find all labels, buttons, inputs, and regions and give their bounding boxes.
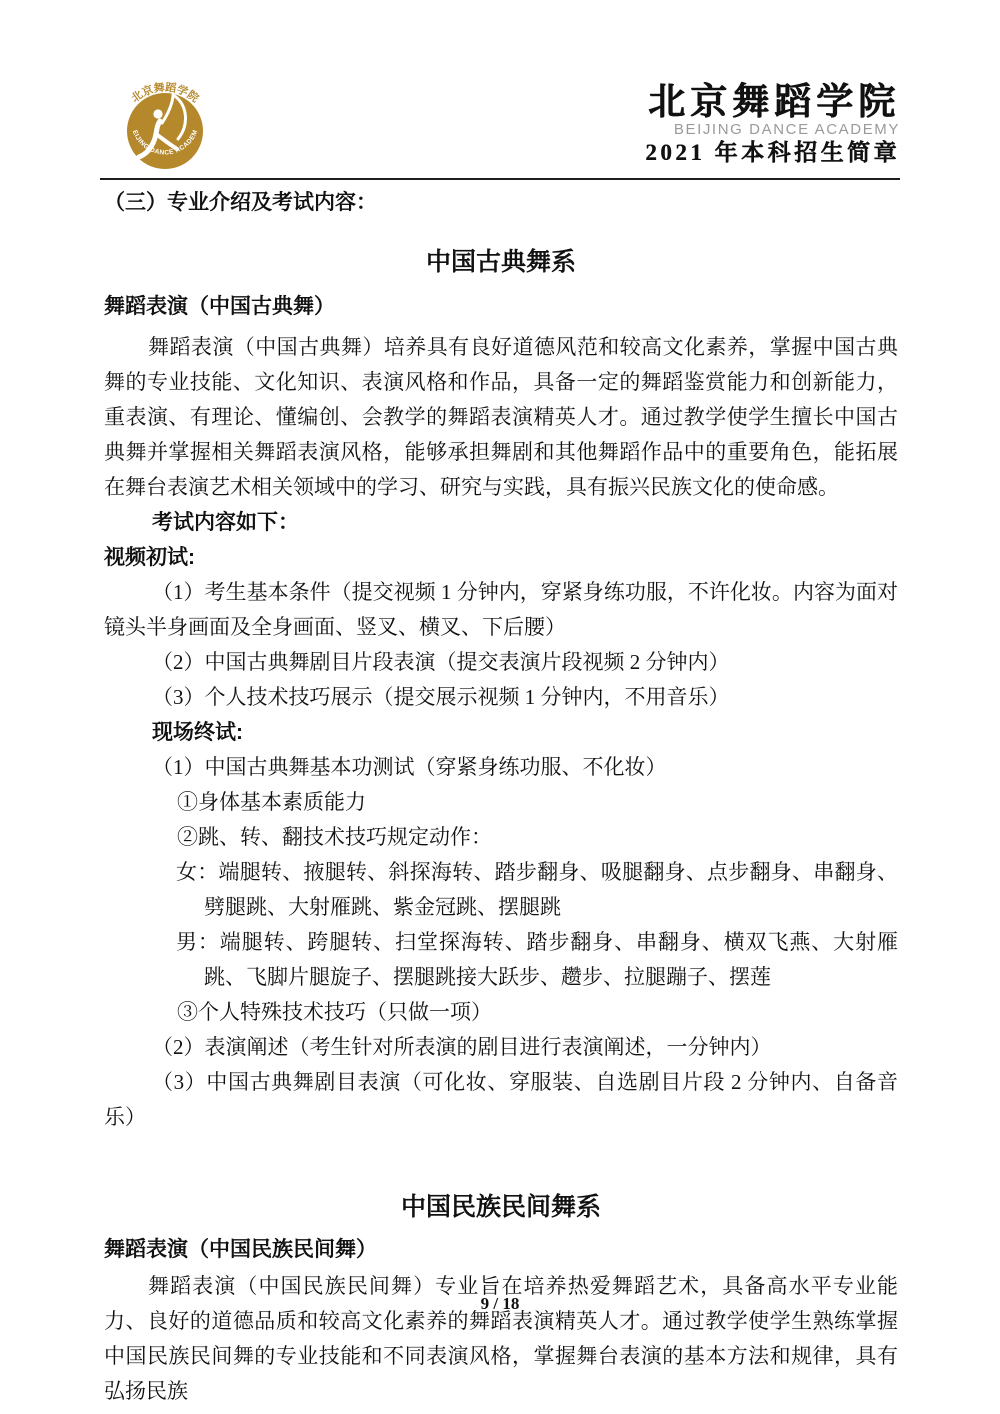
video-item-3: （3）个人技术技巧展示（提交展示视频 1 分钟内，不用音乐） (104, 680, 898, 715)
live-sub-1: ①身体基本素质能力 (104, 785, 898, 820)
brand-title-cn: 北京舞蹈学院 (645, 84, 900, 121)
male-technique-list: 男：端腿转、跨腿转、扫堂探海转、踏步翻身、串翻身、横双飞燕、大射雁跳、飞脚片腿旋… (104, 925, 898, 995)
live-final-label: 现场终试: (104, 715, 898, 750)
beijing-dance-academy-logo-icon: 北京舞蹈学院 BEIJING DANCE ACADEMY (110, 68, 220, 178)
exam-content-label: 考试内容如下： (104, 505, 898, 540)
live-sub-3: ③个人特殊技术技巧（只做一项） (104, 995, 898, 1030)
live-item-2: （2）表演阐述（考生针对所表演的剧目进行表演阐述，一分钟内） (104, 1030, 898, 1065)
header-divider (100, 178, 900, 180)
female-technique-list: 女：端腿转、掖腿转、斜探海转、踏步翻身、吸腿翻身、点步翻身、串翻身、劈腿跳、大射… (104, 855, 898, 925)
major-intro-classical: 舞蹈表演（中国古典舞）培养具有良好道德风范和较高文化素养，掌握中国古典舞的专业技… (104, 330, 898, 505)
video-item-1: （1）考生基本条件（提交视频 1 分钟内，穿紧身练功服，不许化妆。内容为面对镜头… (104, 575, 898, 645)
brand-block: 北京舞蹈学院 BEIJING DANCE ACADEMY 2021 年本科招生简… (645, 84, 900, 164)
major-intro-folk: 舞蹈表演（中国民族民间舞）专业旨在培养热爱舞蹈艺术，具备高水平专业能力、良好的道… (104, 1269, 898, 1409)
brand-title-en: BEIJING DANCE ACADEMY (645, 122, 900, 137)
live-sub-2: ②跳、转、翻技术技巧规定动作： (104, 820, 898, 855)
section-title: （三）专业介绍及考试内容： (104, 186, 898, 220)
dept-heading-classical: 中国古典舞系 (104, 246, 898, 280)
brand-subtitle-year: 2021 年本科招生简章 (645, 141, 900, 164)
document-body: （三）专业介绍及考试内容： 中国古典舞系 舞蹈表演（中国古典舞） 舞蹈表演（中国… (104, 186, 898, 1409)
major-title-folk: 舞蹈表演（中国民族民间舞） (104, 1233, 898, 1267)
document-page: 北京舞蹈学院 BEIJING DANCE ACADEMY 北京舞蹈学院 BEIJ… (0, 0, 1000, 1414)
dept-heading-folk: 中国民族民间舞系 (104, 1191, 898, 1225)
live-item-3: （3）中国古典舞剧目表演（可化妆、穿服装、自选剧目片段 2 分钟内、自备音乐） (104, 1065, 898, 1135)
live-item-1: （1）中国古典舞基本功测试（穿紧身练功服、不化妆） (104, 750, 898, 785)
page-number: 9 / 18 (0, 1294, 1000, 1314)
major-title-classical: 舞蹈表演（中国古典舞） (104, 290, 898, 324)
video-preliminary-label: 视频初试: (104, 540, 898, 575)
video-item-2: （2）中国古典舞剧目片段表演（提交表演片段视频 2 分钟内） (104, 645, 898, 680)
